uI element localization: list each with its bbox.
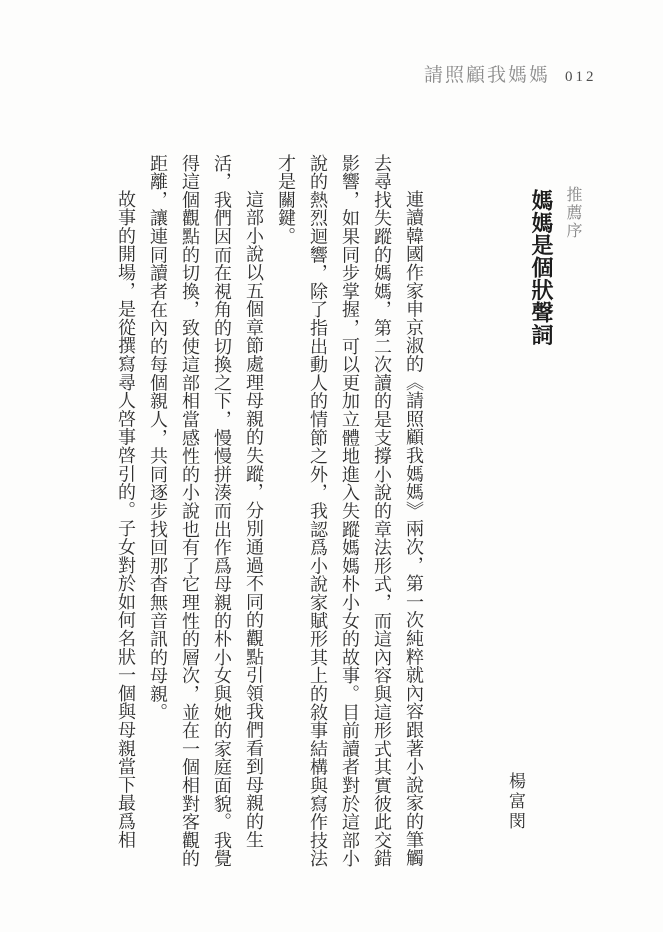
body-paragraph-1: 連讀韓國作家申京淑的《請照顧我媽媽》兩次，第一次純粹就內容跟著小說家的筆觸去尋找… bbox=[270, 154, 430, 868]
preface-body: 連讀韓國作家申京淑的《請照顧我媽媽》兩次，第一次純粹就內容跟著小說家的筆觸去尋找… bbox=[96, 154, 430, 868]
preface-title: 媽媽是個狀聲詞 bbox=[526, 189, 557, 346]
running-header: 請照顧我媽媽 012 bbox=[424, 60, 597, 87]
running-header-book-title: 請照顧我媽媽 bbox=[424, 60, 550, 87]
author-name: 楊富閔 bbox=[503, 772, 528, 832]
page-number: 012 bbox=[565, 69, 597, 86]
body-paragraph-3: 故事的開場，是從撰寫尋人啓事啓引的。子女對於如何名狀一個與母親當下最爲相 bbox=[110, 154, 142, 868]
book-page: 請照顧我媽媽 012 推薦序 媽媽是個狀聲詞 楊富閔 連讀韓國作家申京淑的《請照… bbox=[0, 0, 663, 932]
preface-label: 推薦序 bbox=[561, 186, 584, 240]
body-paragraph-2: 這部小說以五個章節處理母親的失蹤，分別通過不同的觀點引領我們看到母親的生活，我們… bbox=[142, 154, 270, 868]
